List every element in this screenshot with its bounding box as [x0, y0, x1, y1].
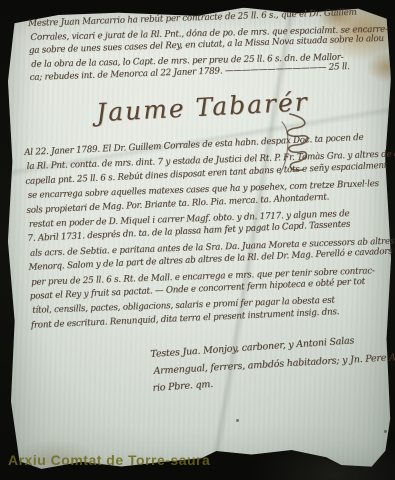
manuscript-paragraph-act: Al 22. Janer 1789. El Dr. Guillem Corral… — [24, 133, 377, 333]
archive-watermark: Arxiu Comtat de Torre-saura — [8, 452, 210, 468]
ink-speck — [384, 430, 387, 433]
manuscript-paragraph-receipt: Mestre Juan Marcarrio ha rebút per contr… — [28, 9, 368, 86]
photograph-of-manuscript: Mestre Juan Marcarrio ha rebút per contr… — [0, 0, 395, 480]
ink-speck — [236, 419, 239, 422]
